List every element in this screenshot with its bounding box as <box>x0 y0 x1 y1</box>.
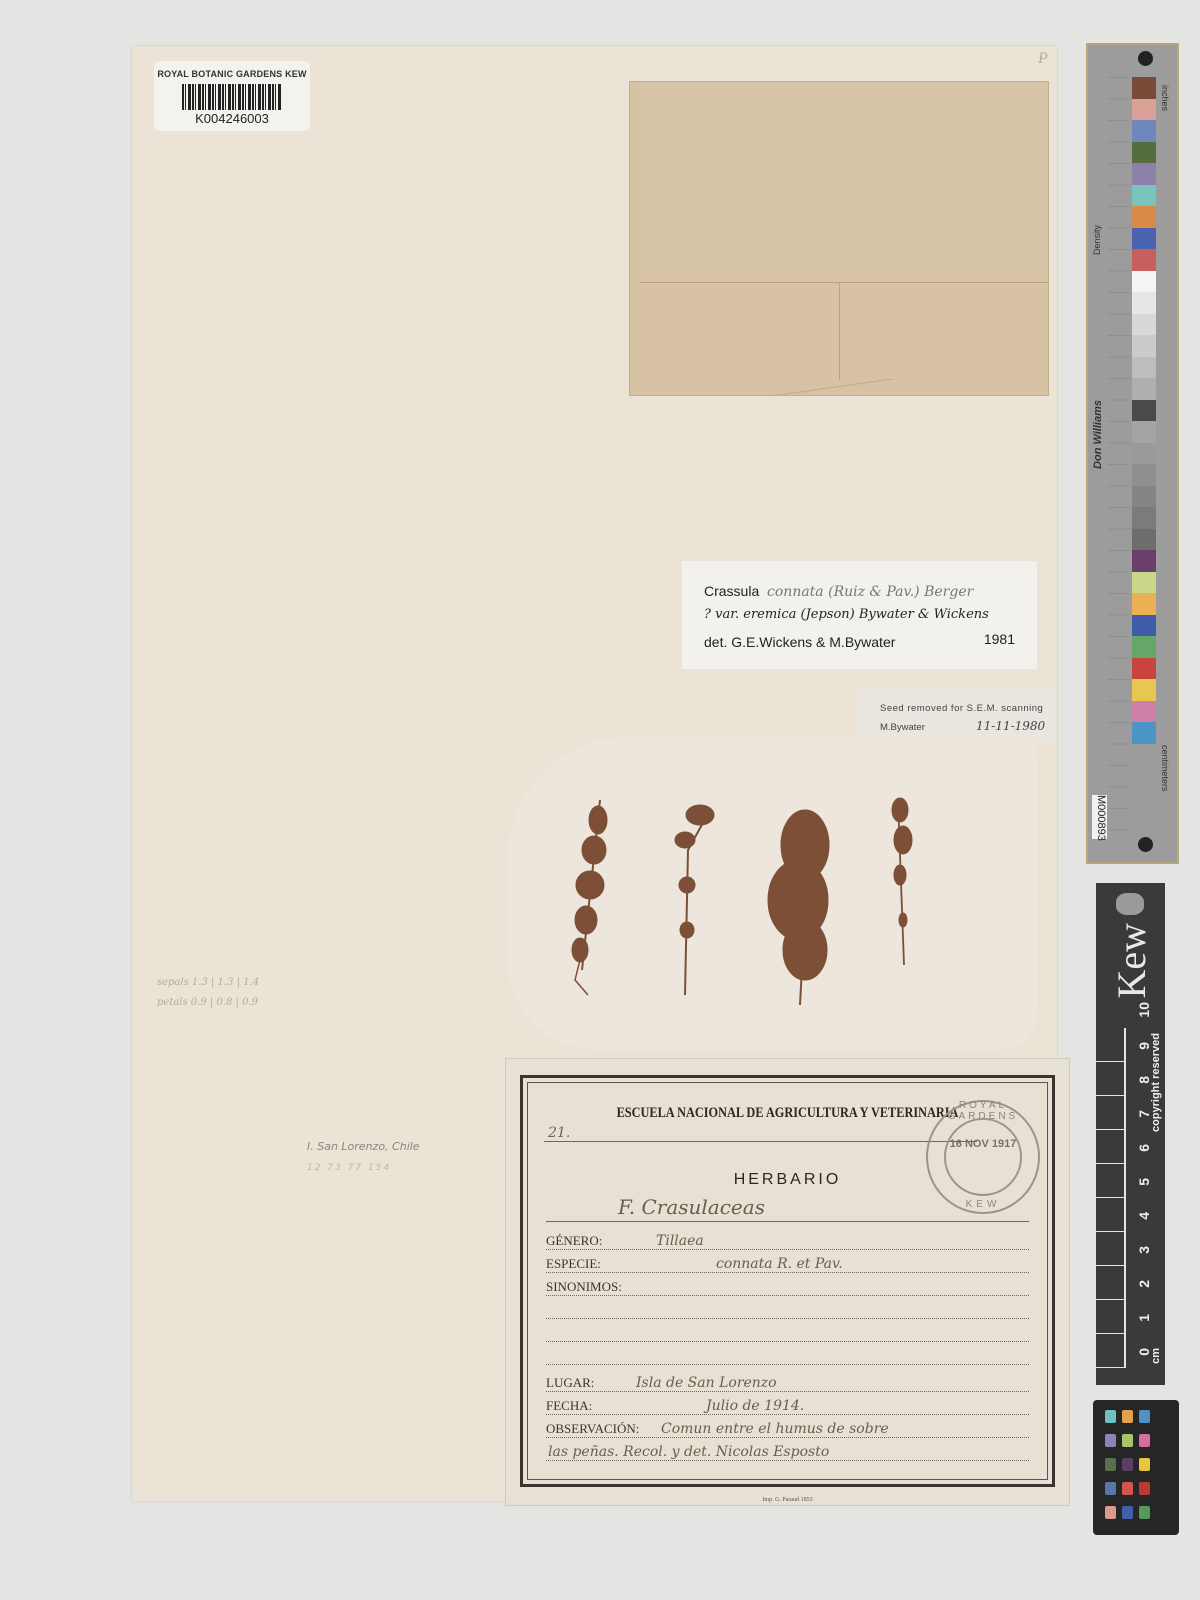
color-swatch <box>1132 185 1156 207</box>
packet-fold <box>839 282 840 380</box>
color-patch-cell <box>1122 1482 1133 1495</box>
color-patch-cell <box>1105 1458 1116 1471</box>
packet-flap[interactable] <box>640 82 1048 283</box>
field-observacion: OBSERVACIÓN:Comun entre el humus de sobr… <box>546 1419 1029 1438</box>
color-patch-cell <box>1139 1434 1150 1447</box>
kew-receipt-stamp: ROYAL GARDENS 16 NOV 1917 KEW <box>926 1100 1040 1214</box>
color-calibration-bar: inches Density Don Williams centimeters … <box>1086 43 1179 864</box>
color-swatch <box>1132 292 1156 314</box>
field-especie: ESPECIE:connata R. et Pav. <box>546 1254 1029 1273</box>
color-patch-cell <box>1122 1410 1133 1423</box>
registration-dot-icon <box>1138 51 1153 66</box>
color-swatch <box>1132 572 1156 594</box>
kew-scale-bar: Kew copyright reserved cm 0 1 2 3 4 5 6 … <box>1096 883 1165 1385</box>
color-swatch <box>1132 206 1156 228</box>
seed-removal-label: Seed removed for S.E.M. scanning M.Bywat… <box>858 690 1056 742</box>
color-swatch <box>1132 636 1156 658</box>
color-swatch <box>1132 271 1156 293</box>
color-swatch <box>1132 486 1156 508</box>
color-swatch <box>1132 314 1156 336</box>
color-patch-cell <box>1105 1410 1116 1423</box>
color-swatch <box>1132 77 1156 99</box>
color-bar-id: M000893 <box>1092 795 1107 839</box>
kew-logo: Kew <box>1108 923 1155 999</box>
centimeters-label: centimeters <box>1160 745 1170 792</box>
determiners: det. G.E.Wickens & M.Bywater <box>704 634 895 650</box>
color-patch-cell <box>1139 1458 1150 1471</box>
color-checker-patch <box>1093 1400 1179 1535</box>
determination-label: Crassula connata (Ruiz & Pav.) Berger ? … <box>682 561 1037 669</box>
label-number: 21. <box>548 1125 570 1141</box>
field-lugar: LUGAR:Isla de San Lorenzo <box>546 1373 1029 1392</box>
seed-note: Seed removed for S.E.M. scanning <box>880 703 1043 714</box>
color-patch-cell <box>1139 1410 1150 1423</box>
brand-label: Don Williams <box>1092 400 1104 469</box>
color-swatch <box>1132 679 1156 701</box>
field-observacion-2: las peñas. Recol. y det. Nicolas Esposto <box>546 1442 1029 1461</box>
location-note: I. San Lorenzo, Chile <box>307 1140 420 1153</box>
color-swatch <box>1132 701 1156 723</box>
field-fecha: FECHA:Julio de 1914. <box>546 1396 1029 1415</box>
color-swatch <box>1132 507 1156 529</box>
color-swatch <box>1132 615 1156 637</box>
color-swatch <box>1132 529 1156 551</box>
color-swatch <box>1132 722 1156 744</box>
scale-ticks <box>1096 1028 1126 1368</box>
color-patch-cell <box>1105 1434 1116 1447</box>
color-swatches <box>1132 77 1156 744</box>
location-note-numbers: 12 73 77 154 <box>307 1163 391 1173</box>
field-genero: GÉNERO:Tillaea <box>546 1231 1029 1250</box>
color-swatch <box>1132 335 1156 357</box>
field-blank-3 <box>546 1346 1029 1365</box>
color-patch-cell <box>1105 1506 1116 1519</box>
color-swatch <box>1132 357 1156 379</box>
printer-imprint: Imp. G. Paraud 1853 <box>506 1497 1069 1503</box>
determination-year: 1981 <box>984 631 1015 647</box>
color-patch-cell <box>1122 1458 1133 1471</box>
packet-edge <box>630 379 1048 395</box>
color-swatch <box>1132 400 1156 422</box>
sepals-note: sepals 1.3 | 1.3 | 1.4 <box>157 977 259 988</box>
seed-date: 11-11-1980 <box>976 719 1045 733</box>
color-swatch <box>1132 99 1156 121</box>
color-swatch <box>1132 593 1156 615</box>
variety: ? var. eremica (Jepson) Bywater & Wicken… <box>704 607 989 622</box>
kew-crest-icon <box>1116 893 1144 915</box>
petals-note: petals 0.9 | 0.8 | 0.9 <box>157 997 258 1008</box>
barcode-label: ROYAL BOTANIC GARDENS KEW K004246003 <box>154 61 310 131</box>
color-patch-cell <box>1122 1434 1133 1447</box>
family-name: F. Crasulaceas <box>618 1195 765 1219</box>
genus: Crassula <box>704 583 759 599</box>
field-blank-1 <box>546 1300 1029 1319</box>
inches-label: inches <box>1160 85 1170 111</box>
field-sinonimos: SINONIMOS: <box>546 1277 1029 1296</box>
color-patch-cell <box>1122 1506 1133 1519</box>
color-swatch <box>1132 120 1156 142</box>
barcode-number: K004246003 <box>154 111 310 126</box>
stamp-date: 16 NOV 1917 <box>928 1138 1038 1150</box>
color-swatch <box>1132 163 1156 185</box>
epithet: connata (Ruiz & Pav.) Berger <box>767 584 973 600</box>
color-swatch <box>1132 443 1156 465</box>
seed-by: M.Bywater <box>880 722 925 733</box>
density-label: Density <box>1092 225 1102 255</box>
field-blank-2 <box>546 1323 1029 1342</box>
institution-name: ROYAL BOTANIC GARDENS KEW <box>154 69 310 79</box>
color-swatch <box>1132 658 1156 680</box>
color-patch-cell <box>1139 1506 1150 1519</box>
barcode-icon <box>182 84 282 110</box>
color-swatch <box>1132 249 1156 271</box>
pressed-plant-specimens <box>560 790 1040 1040</box>
color-swatch <box>1132 421 1156 443</box>
fragment-packet[interactable] <box>629 81 1049 396</box>
color-swatch <box>1132 142 1156 164</box>
registration-dot-icon <box>1138 837 1153 852</box>
color-patch-cell <box>1105 1482 1116 1495</box>
corner-mark: P <box>1038 50 1048 68</box>
color-swatch <box>1132 464 1156 486</box>
color-patch-cell <box>1139 1482 1150 1495</box>
color-swatch <box>1132 550 1156 572</box>
color-swatch <box>1132 378 1156 400</box>
color-swatch <box>1132 228 1156 250</box>
